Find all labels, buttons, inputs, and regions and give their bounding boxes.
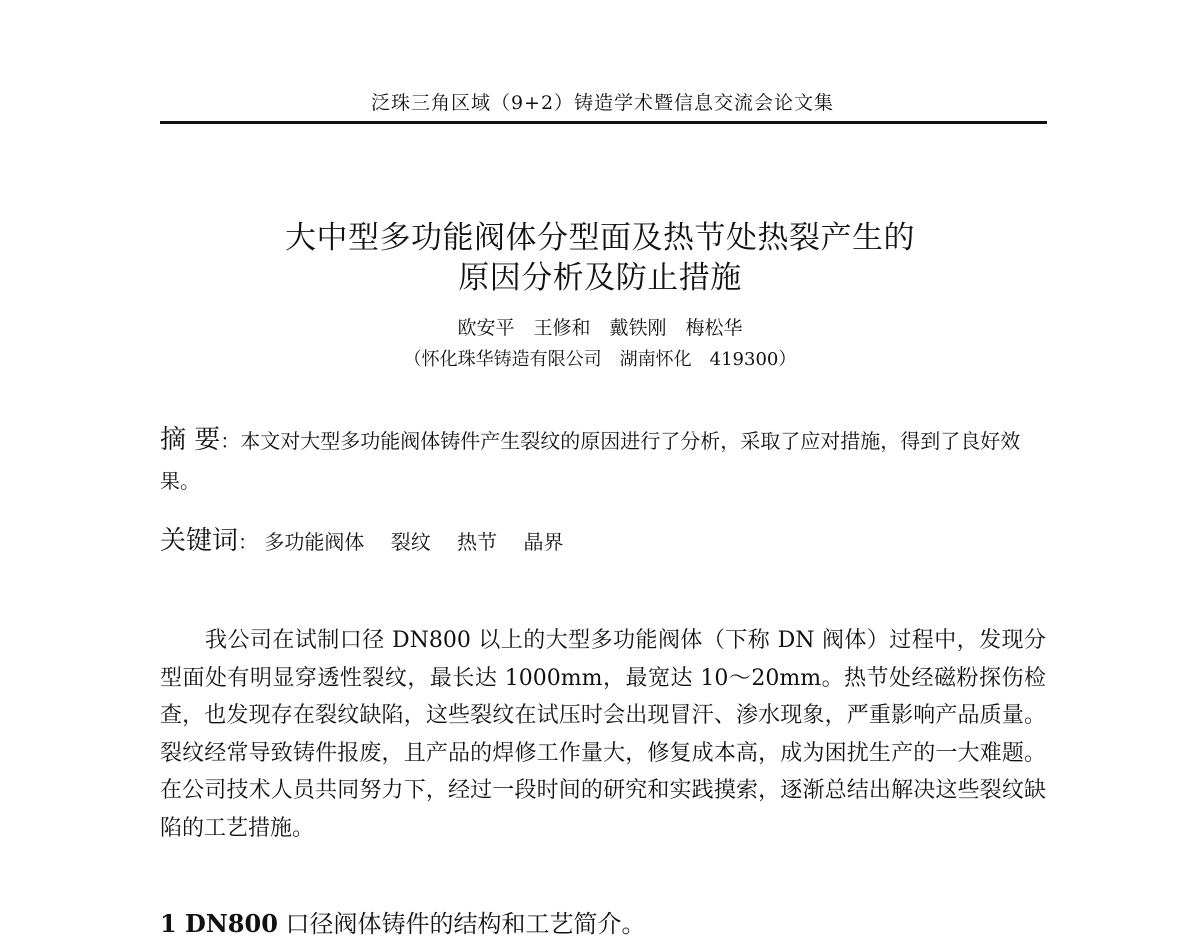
abstract-text: ：本文对大型多功能阀体铸件产生裂纹的原因进行了分析，采取了应对措施，得到了良好效… (160, 429, 1020, 493)
running-header: 泛珠三角区域（9+2）铸造学术暨信息交流会论文集 (160, 88, 1045, 115)
paper-title-line-1: 大中型多功能阀体分型面及热节处热裂产生的 (150, 212, 1050, 257)
abstract: 摘 要：本文对大型多功能阀体铸件产生裂纹的原因进行了分析，采取了应对措施，得到了… (160, 420, 1050, 501)
keyword: 晶界 (523, 530, 563, 554)
keywords-colon: ： (238, 530, 258, 554)
keyword: 热节 (457, 530, 497, 554)
section-heading: 1 DN800 口径阀体铸件的结构和工艺简介。 (160, 904, 960, 939)
authors: 欧安平 王修和 戴铁刚 梅松华 (150, 313, 1050, 340)
abstract-label: 摘 要 (160, 425, 220, 455)
body-paragraph: 我公司在试制口径 DN800 以上的大型多功能阀体（下称 DN 阀体）过程中，发… (160, 622, 1046, 847)
header-rule (160, 121, 1047, 124)
section-title: 口径阀体铸件的结构和工艺简介。 (278, 910, 646, 938)
paper-title-line-2: 原因分析及防止措施 (150, 252, 1050, 297)
keywords: 关键词： 多功能阀体 裂纹 热节 晶界 (160, 520, 1050, 557)
keywords-label: 关键词 (160, 526, 238, 556)
affiliation: （怀化珠华铸造有限公司 湖南怀化 419300） (150, 345, 1050, 371)
keyword: 裂纹 (391, 530, 431, 554)
section-number: 1 DN800 (160, 909, 278, 938)
keyword: 多功能阀体 (264, 530, 364, 554)
